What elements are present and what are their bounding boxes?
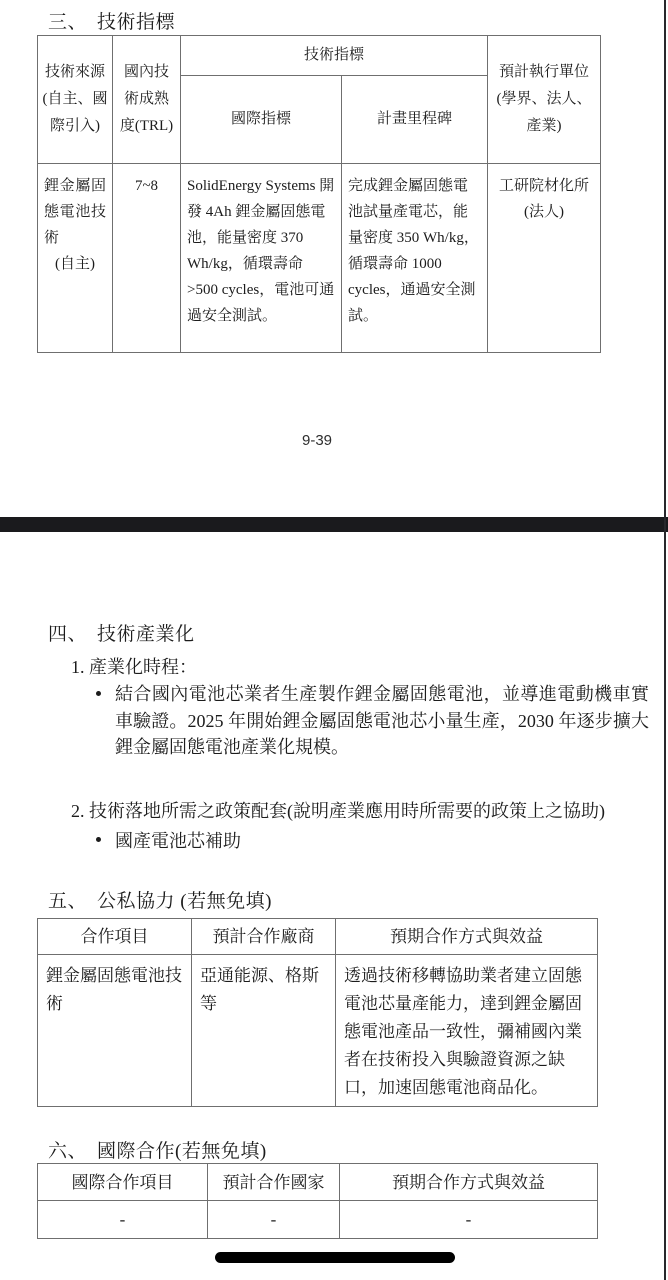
section-6-heading: 六、 國際合作(若無免填) — [48, 1136, 267, 1163]
bullet-icon — [96, 837, 101, 842]
bullet-item-1: 結合國內電池芯業者生產製作鋰金屬固態電池，並導進電動機車實車驗證。2025 年開… — [115, 681, 649, 761]
coop-cell-item: 鋰金屬固態電池技術 — [38, 955, 192, 1107]
section-5-heading: 五、 公私協力 (若無免填) — [48, 886, 272, 913]
header-tech-source: 技術來源 (自主、國際引入) — [38, 36, 113, 164]
bullet-2-text: 國產電池芯補助 — [115, 828, 649, 854]
cell-milestone: 完成鋰金屬固態電池試量產電芯，能量密度 350 Wh/kg，循環壽命 1000 … — [342, 164, 488, 353]
intl-header-item: 國際合作項目 — [38, 1164, 208, 1201]
international-cooperation-table: 國際合作項目 預計合作國家 預期合作方式與效益 - - - — [37, 1163, 598, 1239]
cell-intl-benchmark: SolidEnergy Systems 開發 4Ah 鋰金屬固態電池，能量密度 … — [181, 164, 342, 353]
header-executor: 預計執行單位 (學界、法人、產業) — [488, 36, 601, 164]
header-tech-source-sub: (自主、國際引入) — [42, 86, 108, 140]
tech-source-text: 鋰金屬固態電池技術 — [44, 173, 106, 251]
coop-cell-benefit: 透過技術移轉協助業者建立固態電池芯量產能力，達到鋰金屬固態電池產品一致性，彌補國… — [336, 955, 598, 1107]
cell-trl: 7~8 — [113, 164, 181, 353]
document-page-1: 三、 技術指標 技術來源 (自主、國際引入) 國內技術成熟度(TRL) 技術指標… — [0, 0, 668, 517]
coop-header-vendor: 預計合作廠商 — [192, 919, 336, 955]
cell-tech-source: 鋰金屬固態電池技術 (自主) — [38, 164, 113, 353]
header-milestone: 計畫里程碑 — [342, 75, 488, 163]
section-3-heading: 三、 技術指標 — [48, 7, 175, 34]
header-tech-source-main: 技術來源 — [42, 59, 108, 86]
section-4-heading: 四、 技術產業化 — [48, 619, 195, 646]
bullet-icon — [96, 691, 101, 696]
bullet-1-text: 結合國內電池芯業者生產製作鋰金屬固態電池，並導進電動機車實車驗證。2025 年開… — [115, 681, 649, 761]
bullet-item-2: 國產電池芯補助 — [115, 828, 649, 854]
header-executor-main: 預計執行單位 — [492, 59, 596, 86]
executor-name: 工研院材化所 — [494, 173, 594, 199]
coop-cell-vendor: 亞通能源、格斯等 — [192, 955, 336, 1107]
page-break-bar — [0, 517, 668, 532]
item-2-policy-support: 2. 技術落地所需之政策配套(說明產業應用時所需要的政策上之協助) — [71, 797, 605, 823]
coop-header-benefit: 預期合作方式與效益 — [336, 919, 598, 955]
header-executor-sub: (學界、法人、產業) — [492, 86, 596, 140]
public-private-cooperation-table: 合作項目 預計合作廠商 預期合作方式與效益 鋰金屬固態電池技術 亞通能源、格斯等… — [37, 918, 598, 1107]
executor-type: (法人) — [494, 199, 594, 225]
document-page-2: 四、 技術產業化 1. 產業化時程： 結合國內電池芯業者生產製作鋰金屬固態電池，… — [0, 532, 668, 1280]
intl-cell-item: - — [38, 1201, 208, 1239]
header-trl: 國內技術成熟度(TRL) — [113, 36, 181, 164]
intl-cell-country: - — [208, 1201, 340, 1239]
intl-cell-benefit: - — [340, 1201, 598, 1239]
pdf-viewer[interactable]: 三、 技術指標 技術來源 (自主、國際引入) 國內技術成熟度(TRL) 技術指標… — [0, 0, 668, 1280]
header-tech-indicators-merged: 技術指標 — [181, 36, 488, 76]
intl-header-benefit: 預期合作方式與效益 — [340, 1164, 598, 1201]
cell-executor: 工研院材化所 (法人) — [488, 164, 601, 353]
tech-source-type: (自主) — [44, 251, 106, 277]
home-indicator[interactable] — [215, 1252, 455, 1263]
header-intl-benchmark: 國際指標 — [181, 75, 342, 163]
item-1-industrialization-schedule: 1. 產業化時程： — [71, 653, 197, 679]
coop-header-item: 合作項目 — [38, 919, 192, 955]
tech-indicators-table: 技術來源 (自主、國際引入) 國內技術成熟度(TRL) 技術指標 預計執行單位 … — [37, 35, 601, 353]
page-number: 9-39 — [302, 432, 332, 449]
intl-header-country: 預計合作國家 — [208, 1164, 340, 1201]
right-edge-bar — [664, 0, 666, 1280]
